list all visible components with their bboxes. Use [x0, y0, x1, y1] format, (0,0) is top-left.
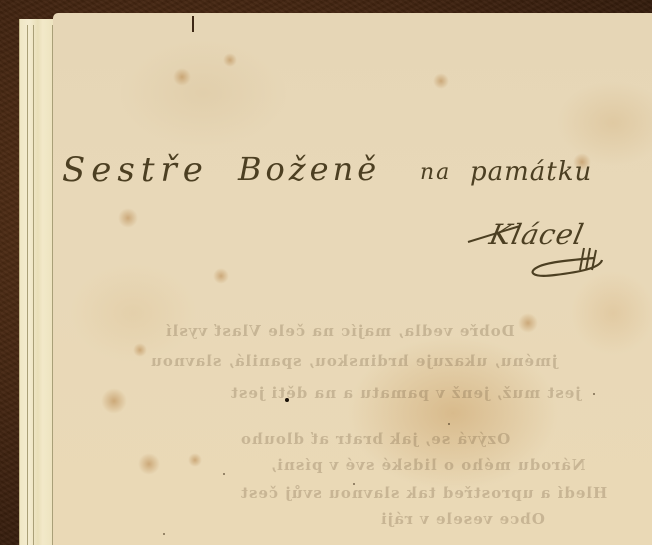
- bleed-through-line: Hledí a uprostřed tak slavnou svůj čest: [240, 484, 607, 502]
- bleed-through-line: jménu, ukazuje hrdinskou, spanilá, slavn…: [150, 352, 557, 370]
- foxing-spot: [188, 453, 202, 467]
- page-mark: [192, 16, 194, 32]
- foxing-spot: [118, 208, 138, 228]
- foxing-spot: [433, 73, 449, 89]
- book-photo: Dobře vedla, majíc na čele Vlasť vyslí j…: [0, 0, 652, 545]
- page-edge-line: [33, 25, 34, 545]
- bleed-through-line: Obce vesele v ráji: [380, 510, 545, 528]
- ink-speck: [593, 393, 595, 395]
- ink-speck: [223, 473, 225, 475]
- stacked-page-edges: [19, 19, 53, 545]
- foxing-spot: [101, 388, 127, 414]
- bleed-through-line: Národu mého o lidské své v písni,: [270, 456, 586, 474]
- foxing-spot: [138, 453, 160, 475]
- ink-speck: [448, 423, 450, 425]
- signature-flourish-icon: [460, 220, 610, 280]
- foxing-spot: [518, 313, 538, 333]
- inscription-word-pamatku: památku: [470, 157, 592, 187]
- foxing-spot: [223, 53, 237, 67]
- bleed-through-line: Dobře vedla, majíc na čele Vlasť vyslí: [165, 322, 515, 340]
- page-edge-line: [27, 25, 28, 545]
- foxing-spot: [173, 68, 191, 86]
- foxing-spot: [133, 343, 147, 357]
- inscription-word-sestre: Sestře: [62, 150, 209, 190]
- ink-speck: [163, 533, 165, 535]
- bleed-through-line: jest muž, jenž v pamatu a na děti jest: [230, 384, 581, 402]
- bleed-through-line: Ozývá se, jak bratr ať dlouho: [240, 430, 510, 448]
- inscription-word-na: na: [420, 160, 451, 185]
- foxing-spot: [213, 268, 229, 284]
- inscription-word-bozene: Boženě: [238, 150, 380, 188]
